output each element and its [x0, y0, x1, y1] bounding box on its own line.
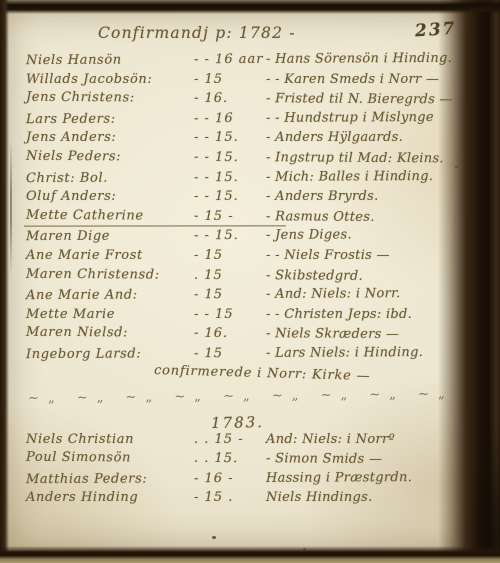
confirmand-name: Mette Catherine [26, 207, 194, 223]
sponsor-note: - Rasmus Ottes. [266, 209, 442, 225]
sponsor-note: - Fristed til N. Bieregrds — [266, 91, 453, 107]
confirmand-name: Mette Marie [26, 307, 194, 322]
sponsor-note: - - Hundstrup i Mislynge [266, 110, 442, 126]
scan-edge-left [0, 0, 9, 563]
age-value: . . 15. [194, 451, 266, 466]
confirmand-name: Maren Dige [26, 229, 194, 245]
record-row: Christ: Bol.- - 15.- Mich: Balles i Hind… [26, 168, 442, 190]
age-value: . 15 [194, 267, 266, 282]
age-value: - 16 - [194, 471, 266, 486]
confirmand-name: Anders Hinding [26, 490, 194, 505]
page-title: Confirmandj p: 1782 - [98, 24, 296, 42]
confirmand-name: Ingeborg Larsd: [26, 346, 194, 362]
sponsor-note: - - Niels Frostis — [266, 248, 442, 263]
record-row: Lars Peders:- - 16- - Hundstrup i Mislyn… [26, 110, 442, 132]
age-value: . . 15 - [194, 432, 266, 447]
sponsor-note: - - Karen Smeds i Norr — [266, 72, 442, 87]
sponsor-note: - Simon Smids — [266, 451, 442, 467]
confirmand-name: Lars Peders: [26, 111, 194, 127]
confirmand-name: Ane Marie Frost [26, 248, 194, 263]
records-list: Niels Hansön- - 16 aar- Hans Sörensön i … [26, 52, 442, 510]
paper-sheet: 237 Confirmandj p: 1782 - Niels Hansön- … [6, 12, 500, 549]
record-row: Ane Marie And:- 15- And: Niels: i Norr. [26, 286, 442, 308]
sponsor-note: - Lars Niels: i Hinding. [266, 345, 442, 361]
scan-edge-top [0, 0, 500, 14]
record-row: Oluf Anders:- - 15.- Anders Bryrds. [26, 189, 442, 209]
record-row: Jens Anders:- - 15.- Anders Hÿlgaards. [26, 130, 442, 150]
sponsor-note: - Skibstedgrd. [266, 268, 442, 284]
confirmand-name: Niels Peders: [26, 149, 194, 165]
age-value: - 15 . [194, 490, 266, 505]
sponsor-note: - Anders Hÿlgaards. [266, 130, 442, 145]
confirmand-name: Maren Nielsd: [26, 325, 194, 341]
age-value: - - 15. [194, 169, 266, 184]
record-row: Maren Nielsd:- 16.- Niels Skræders — [26, 325, 442, 347]
confirmand-name: Poul Simonsön [26, 450, 194, 466]
year-heading: 1783. [211, 409, 442, 431]
sponsor-note: - - Christen Jeps: ibd. [266, 307, 442, 322]
ink-speck [212, 536, 216, 539]
scan-edge-bottom [0, 546, 500, 563]
book-binding-shadow [438, 0, 500, 563]
sponsor-note: - Ingstrup til Mad: Kleins. [266, 150, 444, 166]
record-row: Maren Christensd:. 15- Skibstedgrd. [26, 266, 442, 288]
record-row: Niels Peders:- - 15.- Ingstrup til Mad: … [26, 149, 442, 171]
confirmand-name: Matthias Peders: [26, 471, 194, 487]
confirmand-name: Jens Anders: [26, 130, 194, 145]
record-row: Willads Jacobsön:- 15- - Karen Smeds i N… [26, 72, 442, 92]
age-value: - 15 [194, 287, 266, 302]
record-row: Matthias Peders:- 16 -Hassing i Præstgrd… [26, 470, 442, 492]
record-row: Maren Dige- - 15.- Jens Diges. [26, 227, 442, 249]
record-row: Anders Hinding- 15 .Niels Hindings. [26, 490, 442, 510]
sponsor-note: - Jens Diges. [266, 227, 442, 243]
confirmand-name: Oluf Anders: [26, 189, 194, 204]
scanned-register-page: 237 Confirmandj p: 1782 - Niels Hansön- … [0, 0, 500, 563]
sponsor-note: Hassing i Præstgrdn. [266, 470, 442, 486]
sponsor-note: And: Niels: i Norrº [266, 432, 442, 447]
confirmand-name: Niels Hansön [26, 52, 194, 68]
record-row: Niels Christian. . 15 -And: Niels: i Nor… [26, 432, 442, 452]
confirmand-name: Christ: Bol. [26, 170, 194, 186]
age-value: - - 15. [194, 150, 266, 165]
age-value: - - 15. [194, 228, 266, 243]
paper-crease [10, 140, 12, 275]
confirmand-name: Ane Marie And: [26, 287, 194, 303]
record-row: Poul Simonsön. . 15.- Simon Smids — [26, 450, 442, 472]
ink-speck [303, 548, 306, 551]
age-value: - 15 [194, 248, 266, 263]
age-value: - - 16 [194, 111, 266, 126]
confirmand-name: Niels Christian [26, 432, 194, 447]
age-value: - - 15. [194, 130, 266, 145]
ink-speck [455, 166, 458, 168]
sponsor-note: - Hans Sörensön i Hinding. [266, 51, 452, 67]
record-row: Mette Marie- - 15- - Christen Jeps: ibd. [26, 307, 442, 327]
age-value: - - 15 [194, 307, 266, 322]
squiggle-divider: ~„ ~„ ~„ ~„ ~„ ~„ ~„ ~„ ~„ ~„ [28, 386, 442, 405]
sponsor-note: Niels Hindings. [266, 490, 442, 505]
age-value: - 15 [194, 72, 266, 87]
age-value: - 16. [194, 91, 266, 106]
sponsor-note: - Anders Bryrds. [266, 189, 442, 204]
confirmand-name: Jens Christens: [26, 90, 194, 106]
record-row: Ane Marie Frost- 15- - Niels Frostis — [26, 248, 442, 268]
age-value: - 15 [194, 346, 266, 361]
age-value: - - 15. [194, 189, 266, 204]
sponsor-note: - Mich: Balles i Hinding. [266, 168, 442, 184]
section-footer: confirmerede i Norr: Kirke — [154, 362, 442, 385]
age-value: - 16. [194, 326, 266, 341]
sponsor-note: - And: Niels: i Norr. [266, 286, 442, 302]
record-row: Niels Hansön- - 16 aar- Hans Sörensön i … [26, 51, 442, 73]
sponsor-note: - Niels Skræders — [266, 327, 442, 343]
confirmand-name: Willads Jacobsön: [26, 72, 194, 87]
age-value: - 15 - [194, 209, 266, 224]
record-row: Ingeborg Larsd:- 15- Lars Niels: i Hindi… [26, 345, 442, 367]
confirmand-name: Maren Christensd: [26, 266, 194, 282]
age-value: - - 16 aar [194, 52, 266, 67]
record-row: Jens Christens:- 16.- Fristed til N. Bie… [26, 90, 442, 112]
